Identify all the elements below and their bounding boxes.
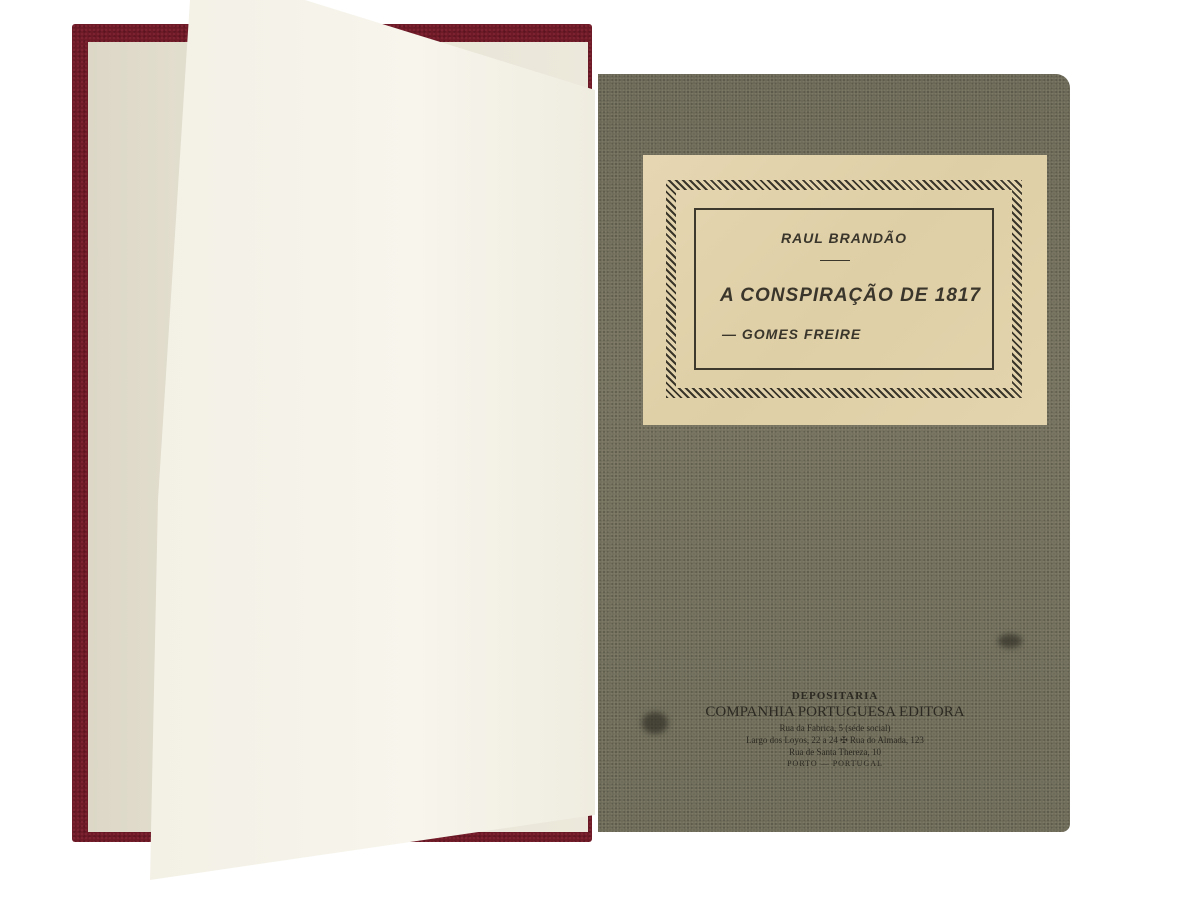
blank-flyleaf-page [150, 0, 595, 880]
book-subtitle: — GOMES FREIRE [722, 326, 861, 342]
imprint-address-3: Rua de Santa Thereza, 10 [600, 747, 1070, 757]
imprint-city: PORTO — PORTUGAL [600, 759, 1070, 768]
stain-mark [998, 634, 1022, 648]
imprint-address-1: Rua da Fabrica, 5 (séde social) [600, 723, 1070, 733]
imprint-address-2: Largo dos Loyos, 22 a 24 ✠ Rua do Almada… [600, 735, 1070, 746]
divider-rule [820, 260, 850, 261]
author-name: RAUL BRANDÃO [694, 230, 994, 246]
imprint-depositaria: DEPOSITARIA [600, 690, 1070, 702]
book-title: A CONSPIRAÇÃO DE 1817 [720, 285, 981, 307]
imprint-publisher: COMPANHIA PORTUGUESA EDITORA [600, 704, 1070, 721]
